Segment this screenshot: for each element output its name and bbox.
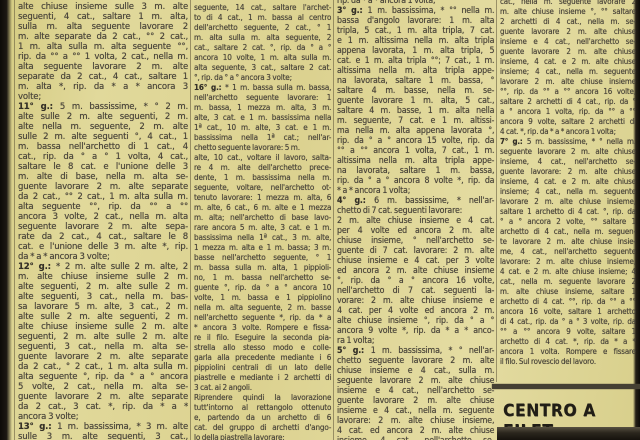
text-line: alte chiuse insieme sulle 3 m. alte <box>18 2 188 12</box>
column-rule-outer-left <box>14 0 15 440</box>
text-line: saltare 4 m. basse, 1 m. alta nella <box>337 106 494 116</box>
text-line: guente lavorare 2 m. alte chiuse <box>337 396 494 406</box>
text-line: lavorare: 2 m. alte chiuse insieme, <box>337 416 494 426</box>
text-line: guente lavorare 2 m. alte chiuse <box>500 46 636 56</box>
text-line: alte sulle 2 m. alte seguenti, 2 m. <box>18 312 188 322</box>
text-line: na lavorata, saltare 1 m. bassa, <box>337 166 494 176</box>
text-line: ma nella m. alta appena lavorata °, <box>337 126 494 136</box>
text-line: archetto di 4 cat. *, rip. da * a * <box>500 336 636 346</box>
text-line: dell'archetto seguente, 2 cat., ° 1 <box>194 22 331 32</box>
text-line: saltare 4 m. basse, nella m. se- <box>337 86 494 96</box>
text-column-4: cat., nella m. seguente lavorare 2m. alt… <box>500 0 636 378</box>
text-line: volte, 1 m. bassa e 1 pippiolino <box>194 292 331 302</box>
text-line: e 1 m. altissima nella m. alta tripla <box>337 36 494 46</box>
text-line: m. alte chiuse insieme °, °° saltare <box>500 6 636 16</box>
text-line: da * a * ancora 3 volte; <box>18 252 188 262</box>
text-line: 11° g.: 5 m. bassissime, * ° 2 m. <box>18 102 188 112</box>
text-line: insieme e 4 cat., nella m. seguente <box>337 406 494 416</box>
text-line: chiuse insieme e 4 cat. per 3 volte <box>337 256 494 266</box>
text-line: bassissima nella 1ª cat., 3 m. alte, <box>194 232 331 242</box>
text-line: seguenti, 3 cat., nella m. alta se- <box>18 342 188 352</box>
text-line: nell'archetto di 7 cat. seguenti la- <box>337 286 494 296</box>
text-line: lavorare 2 m. alte chiuse insieme, <box>500 196 636 206</box>
text-line: da 2 cat., °° 2 cat., 1 m. alta sulla m. <box>18 192 188 202</box>
text-line: alta seguente lavorare 2 m. alte <box>18 62 188 72</box>
text-line: e, partendo da un archetto di 6 <box>194 412 331 422</box>
text-line: archetto di 4 cat., nella m. seguen- <box>500 226 636 236</box>
text-line: na lavorata, saltare 1 m. bassa, ° <box>337 76 494 86</box>
text-line: nell'archetto seguente *, rip. da * a <box>194 312 331 322</box>
text-line: guente lavorare 2 m. alte separate <box>18 392 188 402</box>
text-line: chetto seguente lavorare: 5 m. <box>194 142 331 152</box>
text-line: insieme e 4 cat., nell'archetto se- <box>500 36 636 46</box>
text-line: 13° g.: 1 m. bassissima, * 3 m. alte <box>18 422 188 432</box>
text-line: no, 1 m. bassa nell'archetto se- <box>194 272 331 282</box>
text-line: garla alla precedente mediante i 6 <box>194 352 331 362</box>
text-line: m. alte, 6 cat., 6 m. alte e 1 mezza <box>194 202 331 212</box>
text-line: 1 m. alta sulla m. alta seguente °°, <box>18 42 188 52</box>
text-line: separate da 2 cat., 4 cat., saltare 1 <box>18 72 188 82</box>
text-line: bassa d'angolo lavorare: 1 m. alta <box>337 16 494 26</box>
text-line: seguente lavorare 2 m. alte chiuse <box>337 376 494 386</box>
text-line: 1ª cat., 10 m. alte, 3 cat. e 1 m. <box>194 122 331 132</box>
text-line: m. seguente, 7 cat. e 1 m. altissi- <box>337 116 494 126</box>
text-line: cat. e l'unione delle 3 m. alte *, rip. <box>18 242 188 252</box>
text-line: volte; <box>18 92 188 102</box>
text-line: °°, rip. da °° a °° ancora 16 volte, <box>500 86 636 96</box>
text-line: rate da 2 cat., 4 cat., saltare le 8 <box>18 232 188 242</box>
section-divider-bar <box>492 384 640 389</box>
text-line: seguenti, 2 m. alte sulle 2 m. alte <box>18 332 188 342</box>
text-line: tenuto lavorare: 1 mezza m. alta, 6 <box>194 192 331 202</box>
text-line: seguente lavorare 2 m. alte sepa- <box>18 222 188 232</box>
text-line: cat., saltare 2 cat. °, rip. da ° a ° <box>194 42 331 52</box>
text-line: chiuse insieme e 4 cat., sulla m. <box>337 366 494 376</box>
text-line: per 4 volte ed ancora 2 m. alte <box>337 226 494 236</box>
text-line: m. alte chiuse insieme sulle 2 m. <box>18 272 188 282</box>
text-line: 4 cat. per 4 volte ed ancora 2 m. <box>337 306 494 316</box>
text-line: te lavorare 2 m. alte chiuse insie- <box>500 236 636 246</box>
text-line: m. bassa nell'archetto di 1 cat., 4 <box>18 142 188 152</box>
text-line: alte seguenti, 3 cat., nella m. bas- <box>18 292 188 302</box>
text-line: nell'archetto seguente lavorare: 1 <box>194 92 331 102</box>
text-line: m. alte separate da 2 cat., °° 2 cat., <box>18 32 188 42</box>
text-line: lavorare: 2 m. alte chiuse insieme, <box>500 256 636 266</box>
text-line: alta seguente °°, rip. da °° a °° <box>18 202 188 212</box>
text-line: ed ancora 2 m. alte chiuse insieme <box>337 266 494 276</box>
text-line: guente lavorare: 2 m. alte chiuse <box>500 166 636 176</box>
text-line: strella allo stesso modo e colle- <box>194 342 331 352</box>
text-line: alte, 10 cat., voltare il lavoro, salta- <box>194 152 331 162</box>
text-line: seguente, voltare, nell'archetto ot- <box>194 182 331 192</box>
text-line: 1 mezza m. alta e 1 m. bassa; 3 m. <box>194 242 331 252</box>
text-line: ra 1 volta; <box>337 336 494 346</box>
text-line: 12° g.: * 2 m. alte sulle 2 m. alte, 2 <box>18 262 188 272</box>
text-line: * ancora 3 volte. Rompere e fissa- <box>194 322 331 332</box>
text-line: nella m. alta seguente, 2 m. basse <box>194 302 331 312</box>
text-line: °° a °° ancora 1 volta, 7 cat., 1 m. <box>337 146 494 156</box>
text-line: appena lavorata, 1 m. alta tripla, 5 <box>337 46 494 56</box>
text-line: chetto seguente lavorare 2 m. alte <box>337 356 494 366</box>
text-line: rip. da °° a °° 1 volta, 2 cat., nella m… <box>18 52 188 62</box>
text-line: dente, 1 m. bassissima nella m. <box>194 172 331 182</box>
text-column-2: seguente, 14 cat., saltare l'archet-to d… <box>194 0 331 440</box>
text-line: cat. e 1 m. alta tripla °°; 7 cat., 1 m. <box>337 56 494 66</box>
text-line: 16° g.: * 1 m. bassa sulla m. bassa, <box>194 82 331 92</box>
text-column-3: rip. da * a * ancora 1 volta;3° g.: 1 m.… <box>337 0 494 440</box>
text-line: cat., nella m. seguente lavorare 2 <box>500 276 636 286</box>
column-rule-1-2 <box>190 0 191 440</box>
text-line: ° a ° ancora 2 volte, °° saltare 1 <box>500 216 636 226</box>
text-line: m. bassa sulla m. alta, 1 pippioli- <box>194 262 331 272</box>
text-line: sulle 2 m. alte seguenti °, 4 cat., 1 <box>18 132 188 142</box>
text-line: alte nella m. seguente, 2 m. alte <box>18 122 188 132</box>
text-line: chiuse insieme, ° nell'archetto se- <box>337 236 494 246</box>
text-line: ancora 9 volte, saltare 2 archetti di <box>500 116 636 126</box>
text-line: 4 cat. *, rip. da * a * ancora 1 volta; <box>500 126 636 136</box>
text-line: 3 cat. ai 2 angoli. <box>194 382 331 392</box>
text-line: guente lavorare 2 m. alte chiuse <box>500 26 636 36</box>
text-line: me, 4 cat., nell'archetto seguente <box>500 246 636 256</box>
column-rule-3-4 <box>496 0 497 382</box>
text-line: tripla, 5 cat., 1 m. alta tripla, 7 cat. <box>337 26 494 36</box>
photo-strip-top <box>497 427 640 440</box>
text-line: °, rip. da ° a ° ancora 16 volte, <box>337 276 494 286</box>
text-line: guente lavorare 2 m. alte separate <box>18 182 188 192</box>
text-line: saltare 2 archetti di 4 cat., rip. da ° <box>500 96 636 106</box>
text-line: a ° ancora 1 volta, rip. da °° a °° <box>500 106 636 116</box>
text-line: lo della piastrella lavorare: <box>194 432 331 440</box>
text-line: alte chiuse insieme sulle 2 m. alte <box>18 322 188 332</box>
text-line: * a * ancora 1 volta; <box>337 186 494 196</box>
text-line: m. alte chiuse insieme, saltare 1 <box>500 286 636 296</box>
text-line: °° a °° ancora 9 volte, saltare 1 <box>500 326 636 336</box>
text-line: altissima nella m. alta tripla appe- <box>337 156 494 166</box>
text-line: alta seguente °, rip. da ° a ° ancora <box>18 372 188 382</box>
text-line: saltare 1 archetto di 4 cat. °, rip. da <box>500 206 636 216</box>
text-line: lavorare 2 m. alte chiuse insieme <box>500 76 636 86</box>
column-rule-2-3 <box>333 0 334 440</box>
text-line: 2 m. alte chiuse insieme e 4 cat. <box>337 216 494 226</box>
text-line: insieme, 4 cat. e 2 m. alte chiuse <box>500 56 636 66</box>
text-line: seguente lavorare 2 m. alte chiuse <box>500 146 636 156</box>
text-line: re 4 m. alte dell'archetto prece- <box>194 162 331 172</box>
text-line: vorare: 2 m. alte chiuse insieme e <box>337 296 494 306</box>
text-line: 3° g.: 1 m. bassissima, * °° nella m. <box>337 6 494 16</box>
text-line: sulle 3 m. alte seguenti, 3 cat., <box>18 432 188 440</box>
text-line: alte chiuse insieme °, rip. da ° a ° <box>337 316 494 326</box>
text-line: alte, 3 cat. e 1 m. bassissima nella <box>194 112 331 122</box>
text-line: rare ancora 5 m. alte, 3 cat. e 1 m. <box>194 222 331 232</box>
text-line: alte seguenti, 2 m. alte sulle 2 m. <box>18 282 188 292</box>
text-line: guente lavorare 2 m. alte separate <box>18 352 188 362</box>
text-line: bassissima nella 1ª cat.; nell'ar- <box>194 132 331 142</box>
text-line: guente lavorare 1 m. alta, 5 cat., <box>337 96 494 106</box>
magazine-page-scan: alte chiuse insieme sulle 3 m. altesegue… <box>0 0 640 440</box>
text-line: to di 4 cat., 1 m. bassa al centro <box>194 12 331 22</box>
text-line: m. alta *, rip. da * a * ancora 3 <box>18 82 188 92</box>
text-line: 4° g.: 6 m. bassissime, * nell'ar- <box>337 196 494 206</box>
text-line: °, rip. da ° a ° ancora 3 volte; <box>194 72 331 82</box>
text-line: piastrelle e mediante i 2 archetti di <box>194 372 331 382</box>
text-line: m. alta; nell'archetto di base lavo- <box>194 212 331 222</box>
text-line: insieme, 4 cat., nell'archetto se- <box>337 436 494 440</box>
text-line: 7° g.: 5 m. bassissime, * ° nella m. <box>500 136 636 146</box>
text-line: ancora 3 volte, 2 cat., nella m. alta <box>18 212 188 222</box>
text-line: ancora 3 volte; <box>18 412 188 422</box>
text-line: seguente, 14 cat., saltare l'archet- <box>194 2 331 12</box>
text-line: saltare le 8 cat. e l'unione delle 3 <box>18 162 188 172</box>
text-line: 5 volte, 2 cat., nella m. alta se- <box>18 382 188 392</box>
text-line: basse nell'archetto seguente, ° 1 <box>194 252 331 262</box>
text-line: altissima nella m. alta tripla appe- <box>337 66 494 76</box>
text-line: insieme, 4 cat., nell'archetto se- <box>500 156 636 166</box>
text-line: re il filo. Eseguire la seconda pia- <box>194 332 331 342</box>
text-line: rip. da ° a ° ancora 15 volte, rip. da <box>337 136 494 146</box>
text-line: 2 archetti di 4 cat., nella m. se- <box>500 16 636 26</box>
text-line: m. bassa, 1 mezza m. alta, 3 m. <box>194 102 331 112</box>
text-line: insieme e 4 cat., nell'archetto se- <box>337 386 494 396</box>
text-line: tutt'intorno al rettangolo ottenuto <box>194 402 331 412</box>
text-column-1: alte chiuse insieme sulle 3 m. altesegue… <box>18 0 188 440</box>
text-line: 4 cat. e 2 m. alte chiuse insieme; 4 <box>500 266 636 276</box>
text-line: di 4 cat., rip. da ° a ° 3 volte, rip. d… <box>500 316 636 326</box>
text-line: ancora 10 volte, 1 m. alta sulla m. <box>194 52 331 62</box>
scan-edge-left <box>0 0 12 440</box>
text-line: archetto di 4 cat. °°, rip. da °° a °° <box>500 296 636 306</box>
text-line: cat., rip. da ° a ° 1 volta, 4 cat., <box>18 152 188 162</box>
text-line: 4 cat. ed ancora 2 m. alte chiuse <box>337 426 494 436</box>
text-line: insieme; 4 cat., nella m. seguente <box>500 66 636 76</box>
text-line: cat. del gruppo di archetti d'ango- <box>194 422 331 432</box>
text-line: alte sulle 2 m. alte seguenti, 2 m. <box>18 112 188 122</box>
text-line: da 2 cat., 3 cat. *, rip. da * a * <box>18 402 188 412</box>
text-line: 5° g.: 1 m. bassissima, * ° nell'ar- <box>337 346 494 356</box>
text-line: da 2 cat., ° 2 cat., 1 m. alta sulla m. <box>18 362 188 372</box>
text-line: ancora 16 volte, saltare 1 archetto <box>500 306 636 316</box>
text-line: pippiolini centrali di un lato delle <box>194 362 331 372</box>
text-line: seguenti, 4 cat., saltare 1 m. alta, <box>18 12 188 22</box>
text-line: ancora 1 volta. Rompere e fissare <box>500 346 636 356</box>
text-line: rip. da ° a ° ancora 8 volte *, rip. da <box>337 176 494 186</box>
text-line: Riprendere quindi la lavorazione <box>194 392 331 402</box>
text-line: ancora 9 volte *, rip. da * a * anco- <box>337 326 494 336</box>
text-line: alta seguente, 3 cat., saltare 2 cat. <box>194 62 331 72</box>
text-line: insieme; 4 cat., nella m. seguente <box>500 186 636 196</box>
text-line: sa lavorare 5 m. alte, 3 cat., 2 m. <box>18 302 188 312</box>
text-line: m. alta sulla m. alta seguente, 2 <box>194 32 331 42</box>
text-line: il filo. Sul rovescio del lavoro. <box>500 356 636 366</box>
text-line: insieme, 4 cat. e 2 m. alte chiuse <box>500 176 636 186</box>
text-line: chetto di 7 cat. seguenti lavorare: <box>337 206 494 216</box>
text-line: m. alte di base, nella m. alta se- <box>18 172 188 182</box>
text-line: guente °, rip. da ° a ° ancora 10 <box>194 282 331 292</box>
text-line: sulla m. alta seguente lavorare 2 <box>18 22 188 32</box>
text-line: guente di 7 cat. lavorare: 2 m. alte <box>337 246 494 256</box>
